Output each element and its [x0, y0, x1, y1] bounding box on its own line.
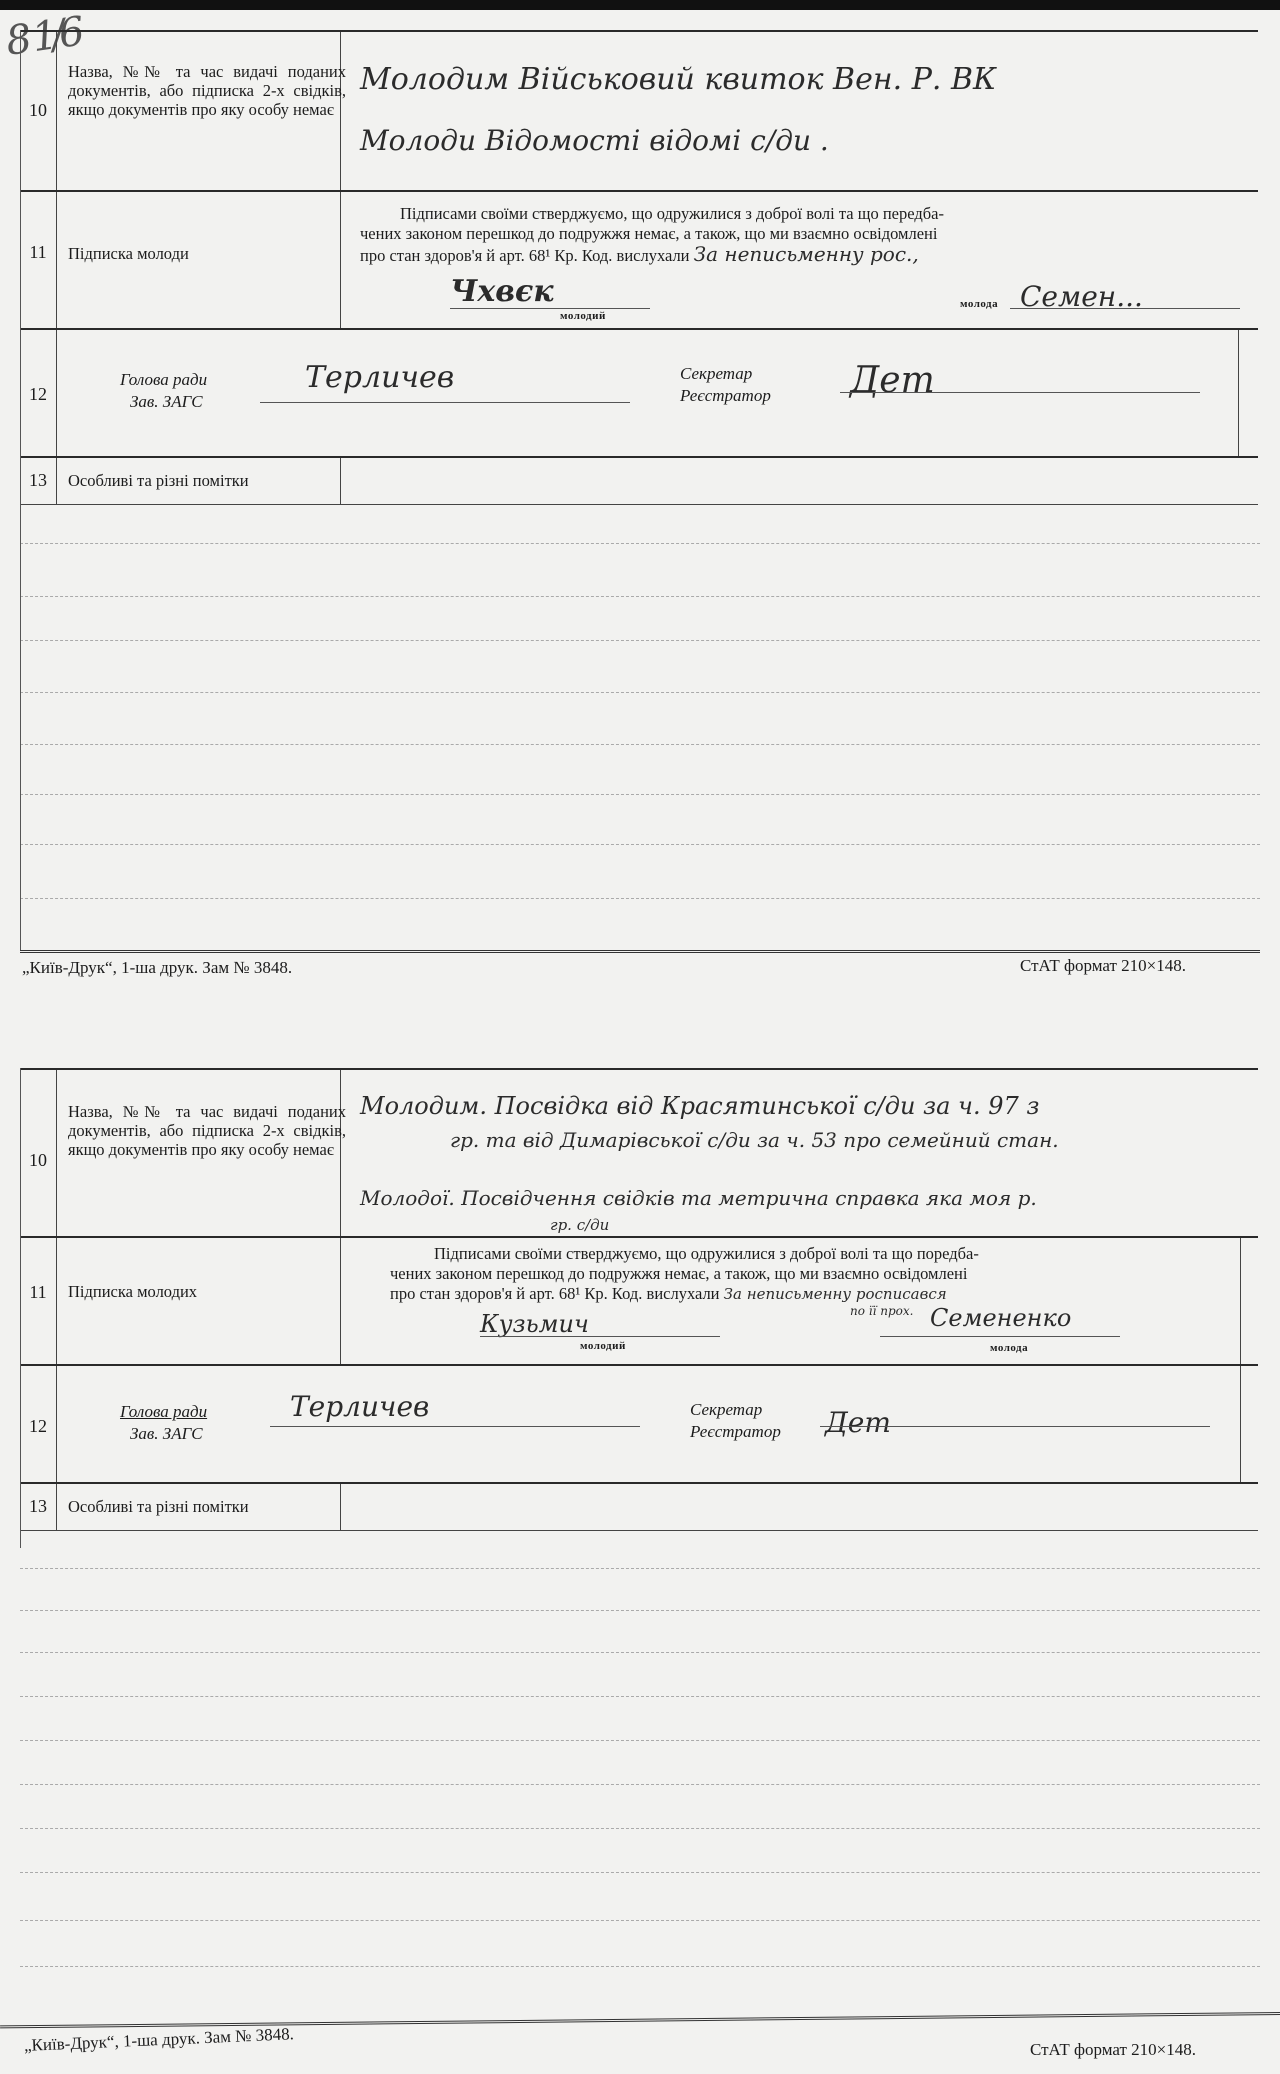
note-line — [20, 1652, 1260, 1653]
bride-signature: Семененко — [930, 1304, 1071, 1332]
form-left-border — [20, 1068, 21, 1548]
record-2: 10 Назва, №№ та час видачі поданих докум… — [20, 1068, 1258, 1548]
note-line — [20, 844, 1260, 845]
row-11: 11 Підписка молоди Підписами своїми стве… — [20, 190, 1258, 330]
note-line — [20, 692, 1260, 693]
note-line — [20, 744, 1260, 745]
row-number: 13 — [20, 1496, 56, 1517]
note-line — [20, 1784, 1260, 1785]
note-line — [20, 1872, 1260, 1873]
groom-caption: молодий — [580, 1340, 626, 1352]
form-bottom-border — [0, 2012, 1280, 2028]
note-line — [20, 596, 1260, 597]
form-format: СтАТ формат 210×148. — [1030, 2040, 1196, 2060]
handwritten-documents-line4: гр. с/ди — [550, 1216, 609, 1234]
row-number: 11 — [20, 242, 56, 263]
consent-text-line1: Підписами своїми стверджуємо, що одружил… — [390, 1244, 1270, 1264]
row-number: 10 — [20, 100, 56, 121]
groom-signature: Кузьмич — [480, 1310, 589, 1338]
registrar-signature: Дет — [825, 1406, 891, 1439]
row-label: Особливі та різні помітки — [68, 471, 346, 490]
handwritten-documents-line3: Молодої. Посвідчення свідків та метрична… — [360, 1186, 1037, 1210]
row-12: 12 Голова ради Зав. ЗАГС Терличев Секрет… — [20, 328, 1258, 458]
row-label: Особливі та різні помітки — [68, 1497, 346, 1516]
printer-imprint: „Київ-Друк“, 1-ша друк. Зам № 3848. — [24, 2024, 295, 2056]
row-10: 10 Назва, №№ та час видачі поданих докум… — [20, 30, 1258, 192]
row-number: 11 — [20, 1282, 56, 1303]
row-11: 11 Підписка молодих Підписами своїми ств… — [20, 1236, 1258, 1366]
head-signature: Терличев — [305, 360, 454, 395]
row-10: 10 Назва, №№ та час видачі поданих докум… — [20, 1068, 1258, 1238]
head-label: Голова ради — [120, 1402, 207, 1422]
registrar-label: Реєстратор — [680, 386, 771, 406]
registrar-signature: Дет — [850, 360, 935, 401]
zags-label: Зав. ЗАГС — [130, 1424, 203, 1444]
head-signature: Терличев — [290, 1390, 429, 1423]
note-line — [20, 1920, 1260, 1921]
groom-caption: молодий — [560, 310, 606, 322]
note-line — [20, 1828, 1260, 1829]
consent-text-line2: чених законом перешкод до подружжя немає… — [360, 224, 1240, 244]
note-line — [20, 1610, 1260, 1611]
row-label: Назва, №№ та час видачі поданих документ… — [68, 62, 346, 119]
row-13: 13 Особливі та різні помітки — [20, 1482, 1258, 1531]
secretary-label: Секретар — [680, 364, 752, 384]
row-number: 12 — [20, 384, 56, 405]
handwritten-annotation: За неписьменну росписався — [724, 1285, 947, 1303]
row-label: Підписка молоди — [68, 244, 346, 263]
consent-text-line2: чених законом перешкод до подружжя немає… — [390, 1264, 1270, 1284]
note-line — [20, 1740, 1260, 1741]
form-left-border — [20, 30, 21, 950]
printer-imprint: „Київ-Друк“, 1-ша друк. Зам № 3848. — [22, 958, 292, 978]
row-12: 12 Голова ради Зав. ЗАГС Терличев Секрет… — [20, 1364, 1258, 1484]
form-format: СтАТ формат 210×148. — [1020, 956, 1186, 976]
note-line — [20, 640, 1260, 641]
handwritten-documents-line1: Молодим. Посвідка від Красятинської с/ди… — [360, 1092, 1040, 1120]
scan-top-edge — [0, 0, 1280, 10]
note-line — [20, 1568, 1260, 1569]
head-label: Голова ради — [120, 370, 207, 390]
note-line — [20, 543, 1260, 544]
row-number: 10 — [20, 1150, 56, 1171]
consent-text-line3: про стан здоров'я й арт. 68¹ Кр. Код. ви… — [390, 1284, 720, 1303]
row-number: 13 — [20, 470, 56, 491]
note-line — [20, 794, 1260, 795]
row-13: 13 Особливі та різні помітки — [20, 456, 1258, 505]
note-line — [20, 898, 1260, 899]
handwritten-documents-line1: Молодим Військовий квиток Вен. Р. ВК — [360, 62, 996, 97]
row-label: Підписка молодих — [68, 1282, 346, 1301]
registrar-label: Реєстратор — [690, 1422, 781, 1442]
handwritten-documents-line2: Молоди Відомості відомі с/ди . — [360, 124, 829, 157]
groom-signature: Чхвєк — [450, 274, 554, 309]
secretary-label: Секретар — [690, 1400, 762, 1420]
row-number: 12 — [20, 1416, 56, 1437]
handwritten-annotation-2: по її прох. — [850, 1304, 913, 1318]
consent-text-line3: про стан здоров'я й арт. 68¹ Кр. Код. ви… — [360, 246, 690, 265]
row-label: Назва, №№ та час видачі поданих документ… — [68, 1102, 346, 1159]
form-bottom-border — [20, 950, 1260, 953]
record-1: 10 Назва, №№ та час видачі поданих докум… — [20, 30, 1258, 500]
bride-caption: молода — [990, 1342, 1028, 1354]
note-line — [20, 1966, 1260, 1967]
note-line — [20, 1696, 1260, 1697]
handwritten-annotation: За неписьменну рос., — [694, 242, 919, 266]
bride-caption: молода — [960, 298, 998, 310]
consent-text-line1: Підписами своїми стверджуємо, що одружил… — [360, 204, 1240, 224]
handwritten-documents-line2: гр. та від Димарівської с/ди за ч. 53 пр… — [450, 1128, 1059, 1152]
zags-label: Зав. ЗАГС — [130, 392, 203, 412]
